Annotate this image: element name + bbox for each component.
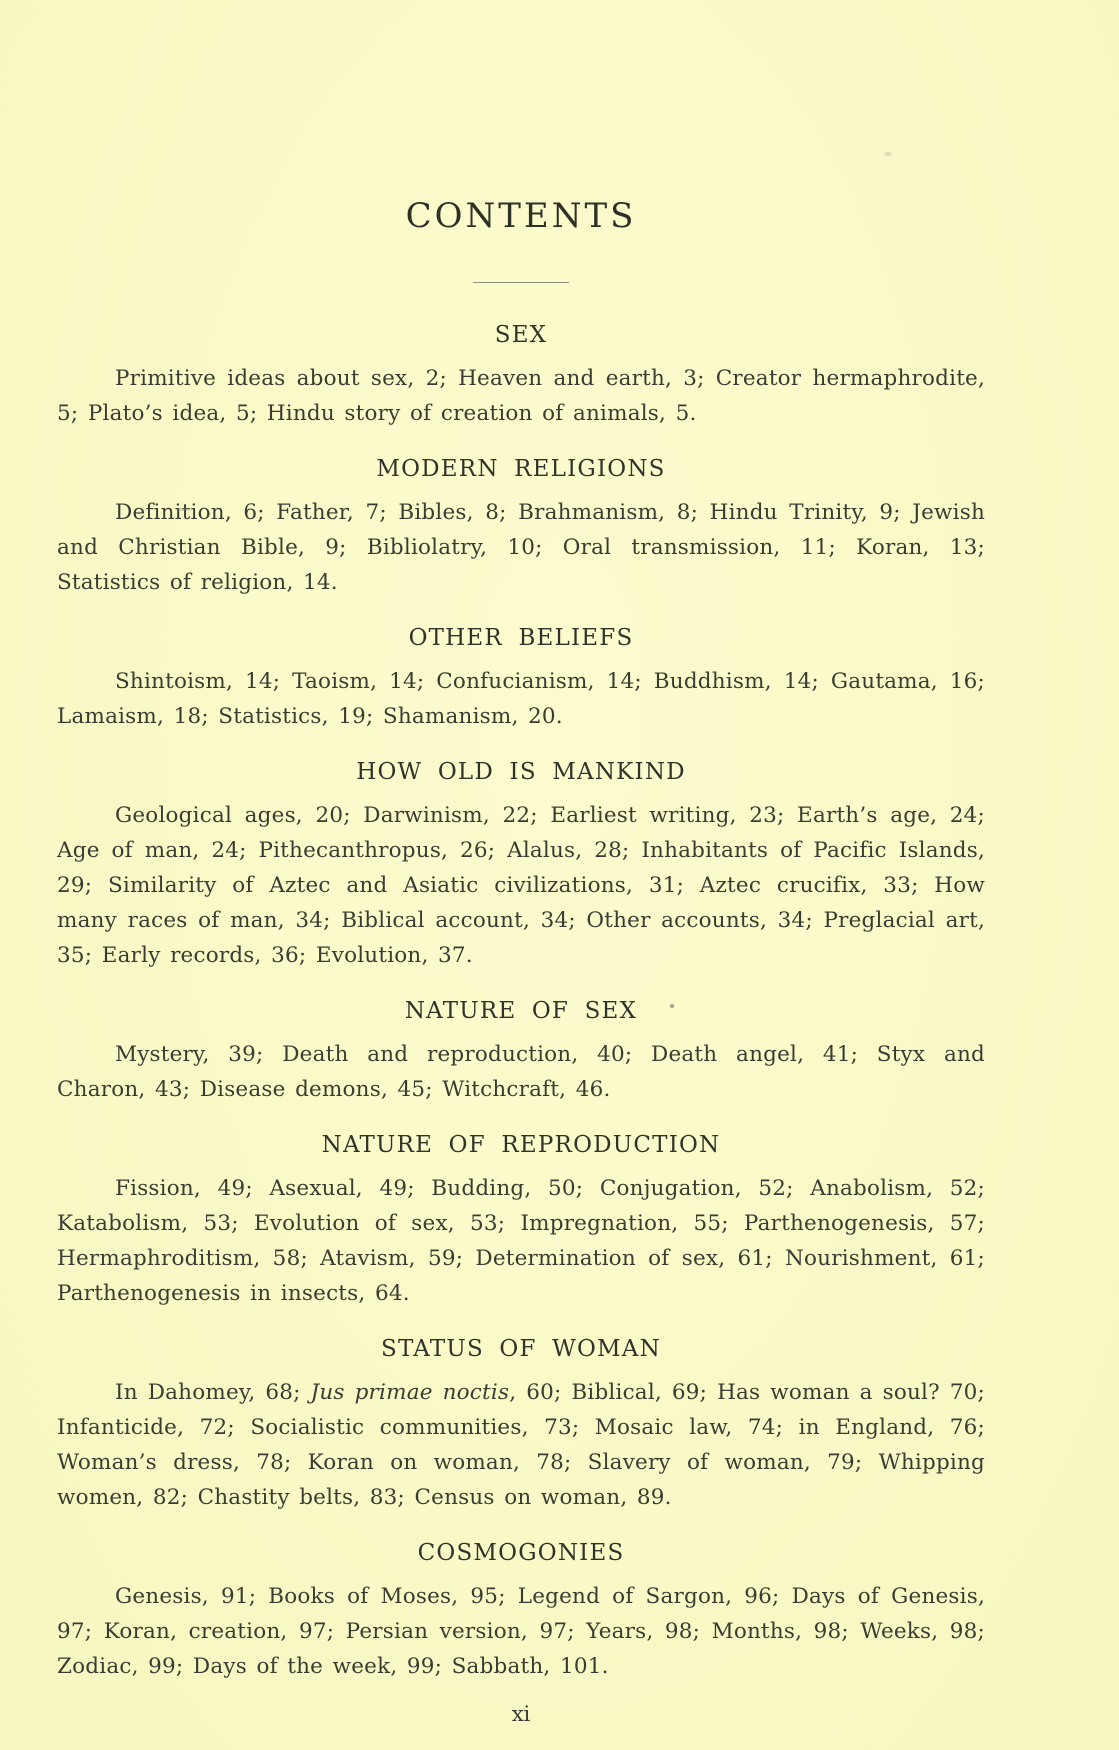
section-body: Genesis, 91; Books of Moses, 95; Legend … <box>57 1579 985 1684</box>
print-artifact <box>670 1004 674 1008</box>
section-body: Fission, 49; Asexual, 49; Budding, 50; C… <box>57 1171 985 1311</box>
print-artifact <box>884 152 892 156</box>
print-artifact <box>176 508 192 511</box>
section-heading: OTHER BELIEFS <box>57 626 985 650</box>
section-heading: MODERN RELIGIONS <box>57 457 985 481</box>
section-body: Primitive ideas about sex, 2; Heaven and… <box>57 361 985 431</box>
section-body: In Dahomey, 68; Jus primae noctis, 60; B… <box>57 1375 985 1515</box>
section-heading: COSMOGONIES <box>57 1541 985 1565</box>
section-body: Geological ages, 20; Darwinism, 22; Earl… <box>57 798 985 973</box>
section-heading: STATUS OF WOMAN <box>57 1337 985 1361</box>
book-page: { "page": { "title": "CONTENTS", "page_n… <box>0 0 1119 1750</box>
page-number: xi <box>57 1702 985 1726</box>
section-body: Shintoism, 14; Taoism, 14; Confucianism,… <box>57 664 985 734</box>
section-heading: HOW OLD IS MANKIND <box>57 760 985 784</box>
title-divider <box>473 282 569 283</box>
toc-section: SEX Primitive ideas about sex, 2; Heaven… <box>57 323 985 431</box>
toc-section: HOW OLD IS MANKIND Geological ages, 20; … <box>57 760 985 973</box>
contents-page: CONTENTS SEX Primitive ideas about sex, … <box>0 0 1119 1750</box>
section-heading: NATURE OF REPRODUCTION <box>57 1133 985 1157</box>
section-heading: NATURE OF SEX <box>57 999 985 1023</box>
toc-section: MODERN RELIGIONS Definition, 6; Father, … <box>57 457 985 600</box>
sections: SEX Primitive ideas about sex, 2; Heaven… <box>57 323 985 1684</box>
section-heading: SEX <box>57 323 985 347</box>
section-body: Definition, 6; Father, 7; Bibles, 8; Bra… <box>57 495 985 600</box>
toc-section: NATURE OF SEX Mystery, 39; Death and rep… <box>57 999 985 1107</box>
page-title: CONTENTS <box>57 196 985 236</box>
toc-section: NATURE OF REPRODUCTION Fission, 49; Asex… <box>57 1133 985 1311</box>
section-body: Mystery, 39; Death and reproduction, 40;… <box>57 1037 985 1107</box>
toc-section: STATUS OF WOMAN In Dahomey, 68; Jus prim… <box>57 1337 985 1515</box>
toc-section: OTHER BELIEFS Shintoism, 14; Taoism, 14;… <box>57 626 985 734</box>
toc-section: COSMOGONIES Genesis, 91; Books of Moses,… <box>57 1541 985 1684</box>
